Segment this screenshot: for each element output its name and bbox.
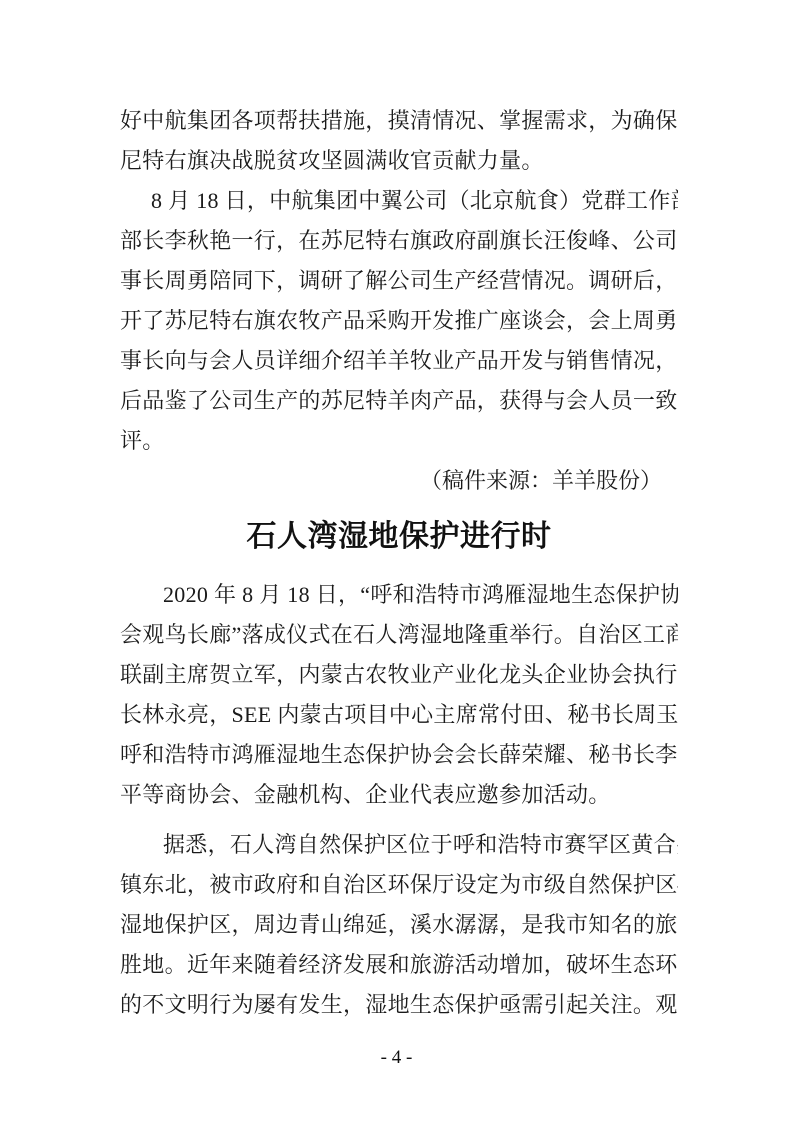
body-line: 尼特右旗决战脱贫攻坚圆满收官贡献力量。 — [120, 141, 678, 181]
article2-title: 石人湾湿地保护进行时 — [120, 515, 678, 559]
body-line: 8 月 18 日，中航集团中翼公司（北京航食）党群工作部 — [120, 181, 678, 221]
body-line: 评。 — [120, 421, 678, 461]
body-line: 部长李秋艳一行，在苏尼特右旗政府副旗长汪俊峰、公司董 — [120, 221, 678, 261]
body-line: 镇东北，被市政府和自治区环保厅设定为市级自然保护区— — [120, 865, 678, 905]
body-line: 2020 年 8 月 18 日，“呼和浩特市鸿雁湿地生态保护协 — [120, 575, 678, 615]
body-line: 的不文明行为屡有发生，湿地生态保护亟需引起关注。观鸟 — [120, 985, 678, 1025]
body-line: 好中航集团各项帮扶措施，摸清情况、掌握需求，为确保苏 — [120, 101, 678, 141]
page-number: - 4 - — [0, 1046, 793, 1070]
document-page: 好中航集团各项帮扶措施，摸清情况、掌握需求，为确保苏 尼特右旗决战脱贫攻坚圆满收… — [0, 0, 793, 1122]
body-line: 联副主席贺立军，内蒙古农牧业产业化龙头企业协会执行会 — [120, 655, 678, 695]
article2-paragraph1: 2020 年 8 月 18 日，“呼和浩特市鸿雁湿地生态保护协 会观鸟长廊”落成… — [120, 575, 678, 815]
body-line: 事长向与会人员详细介绍羊羊牧业产品开发与销售情况，会 — [120, 341, 678, 381]
body-line: 胜地。近年来随着经济发展和旅游活动增加，破坏生态环境 — [120, 945, 678, 985]
article1-source-attribution: （稿件来源：羊羊股份） — [120, 461, 678, 501]
body-line: 事长周勇陪同下，调研了解公司生产经营情况。调研后，召 — [120, 261, 678, 301]
body-line: 长林永亮，SEE 内蒙古项目中心主席常付田、秘书长周玉斌， — [120, 695, 678, 735]
body-line: 据悉，石人湾自然保护区位于呼和浩特市赛罕区黄合少 — [120, 825, 678, 865]
article1-paragraph1: 好中航集团各项帮扶措施，摸清情况、掌握需求，为确保苏 尼特右旗决战脱贫攻坚圆满收… — [120, 101, 678, 181]
body-line: 开了苏尼特右旗农牧产品采购开发推广座谈会，会上周勇董 — [120, 301, 678, 341]
article1-paragraph2: 8 月 18 日，中航集团中翼公司（北京航食）党群工作部 部长李秋艳一行，在苏尼… — [120, 181, 678, 461]
article2-paragraph2: 据悉，石人湾自然保护区位于呼和浩特市赛罕区黄合少 镇东北，被市政府和自治区环保厅… — [120, 825, 678, 1025]
body-line: 呼和浩特市鸿雁湿地生态保护协会会长薛荣耀、秘书长李延 — [120, 735, 678, 775]
document-body: 好中航集团各项帮扶措施，摸清情况、掌握需求，为确保苏 尼特右旗决战脱贫攻坚圆满收… — [120, 101, 678, 1025]
body-line: 后品鉴了公司生产的苏尼特羊肉产品，获得与会人员一致好 — [120, 381, 678, 421]
body-line: 会观鸟长廊”落成仪式在石人湾湿地隆重举行。自治区工商 — [120, 615, 678, 655]
body-line: 湿地保护区，周边青山绵延，溪水潺潺，是我市知名的旅游 — [120, 905, 678, 945]
body-line: 平等商协会、金融机构、企业代表应邀参加活动。 — [120, 775, 678, 815]
